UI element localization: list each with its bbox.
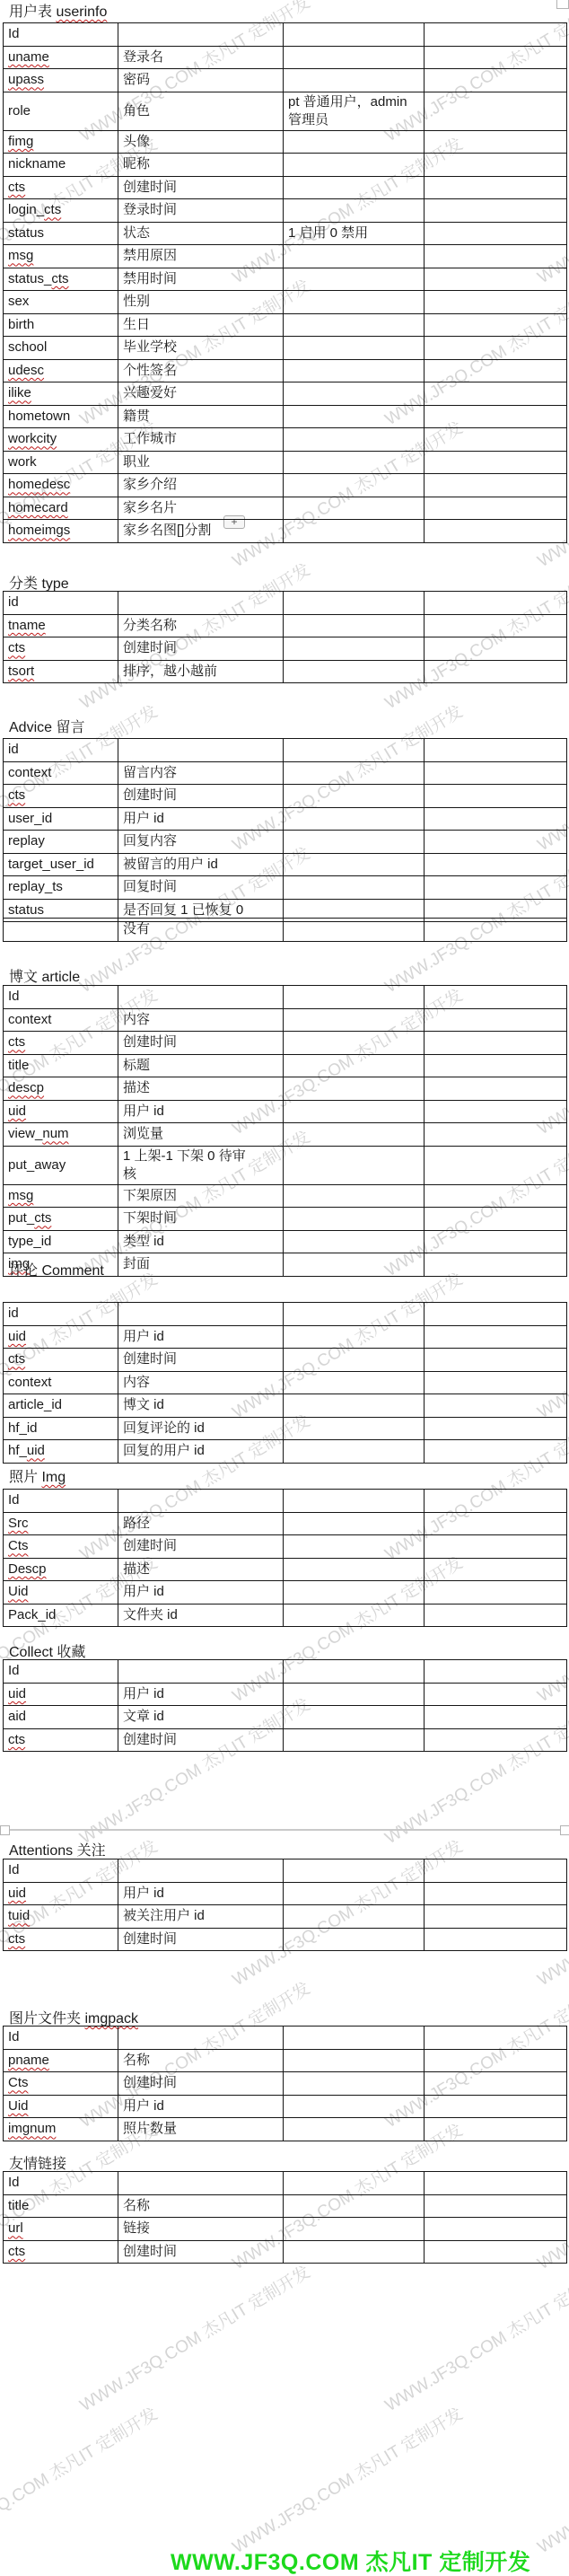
field-extra-cell[interactable] <box>425 199 567 223</box>
field-name-cell[interactable]: tuid <box>4 1905 118 1929</box>
table-title-attentions[interactable]: Attentions 关注 <box>9 1842 106 1859</box>
field-desc-cell[interactable]: 状态 <box>118 222 284 245</box>
field-extra-cell[interactable] <box>425 405 567 428</box>
field-extra-cell[interactable] <box>425 1349 567 1372</box>
field-name-cell[interactable]: Id <box>4 1490 118 1513</box>
field-desc-cell[interactable]: 登录时间 <box>118 199 284 223</box>
field-name-cell[interactable]: context <box>4 1008 118 1032</box>
field-extra-cell[interactable] <box>425 2049 567 2072</box>
field-note-cell[interactable] <box>284 451 425 474</box>
field-name-cell[interactable]: replay <box>4 831 118 854</box>
field-name-cell[interactable]: homecard <box>4 497 118 520</box>
field-extra-cell[interactable] <box>425 268 567 291</box>
field-desc-cell[interactable]: 下架时间 <box>118 1208 284 1231</box>
field-desc-cell[interactable]: 兴趣爱好 <box>118 382 284 406</box>
field-note-cell[interactable] <box>284 1706 425 1729</box>
field-note-cell[interactable] <box>284 1371 425 1394</box>
field-extra-cell[interactable] <box>425 1008 567 1032</box>
field-extra-cell[interactable] <box>425 853 567 876</box>
field-note-cell[interactable] <box>284 592 425 615</box>
field-extra-cell[interactable] <box>425 1535 567 1559</box>
field-desc-cell[interactable]: 用户 id <box>118 1581 284 1605</box>
field-note-cell[interactable] <box>284 199 425 223</box>
field-name-cell[interactable]: type_id <box>4 1230 118 1253</box>
field-extra-cell[interactable] <box>425 23 567 47</box>
field-extra-cell[interactable] <box>425 1604 567 1627</box>
table-title-comment[interactable]: 评论 Comment <box>9 1262 104 1279</box>
field-extra-cell[interactable] <box>425 919 567 942</box>
field-extra-cell[interactable] <box>425 1417 567 1440</box>
field-desc-cell[interactable]: 被关注用户 id <box>118 1905 284 1929</box>
field-name-cell[interactable]: hf_uid <box>4 1440 118 1464</box>
field-note-cell[interactable] <box>284 405 425 428</box>
field-note-cell[interactable] <box>284 1859 425 1883</box>
field-note-cell[interactable] <box>284 1535 425 1559</box>
field-name-cell[interactable]: user_id <box>4 807 118 831</box>
field-desc-cell[interactable]: 下架原因 <box>118 1184 284 1208</box>
field-desc-cell[interactable]: 回复评论的 id <box>118 1417 284 1440</box>
field-extra-cell[interactable] <box>425 831 567 854</box>
field-desc-cell[interactable]: 创建时间 <box>118 2072 284 2096</box>
field-desc-cell[interactable]: 角色 <box>118 92 284 130</box>
field-desc-cell[interactable] <box>118 1490 284 1513</box>
field-note-cell[interactable] <box>284 807 425 831</box>
field-extra-cell[interactable] <box>425 1905 567 1929</box>
field-note-cell[interactable] <box>284 919 425 942</box>
field-desc-cell[interactable]: 登录名 <box>118 46 284 69</box>
field-note-cell[interactable] <box>284 474 425 497</box>
field-extra-cell[interactable] <box>425 1208 567 1231</box>
field-note-cell[interactable] <box>284 1660 425 1684</box>
field-desc-cell[interactable]: 用户 id <box>118 1882 284 1905</box>
field-extra-cell[interactable] <box>425 1859 567 1883</box>
field-extra-cell[interactable] <box>425 2172 567 2195</box>
field-desc-cell[interactable]: 封面 <box>118 1253 284 1277</box>
field-extra-cell[interactable] <box>425 614 567 637</box>
field-name-cell[interactable]: status_cts <box>4 268 118 291</box>
field-note-cell[interactable] <box>284 382 425 406</box>
field-note-cell[interactable] <box>284 1882 425 1905</box>
field-name-cell[interactable]: Id <box>4 1859 118 1883</box>
field-note-cell[interactable] <box>284 313 425 337</box>
field-name-cell[interactable]: Id <box>4 2027 118 2050</box>
field-desc-cell[interactable]: 家乡名图[]分割 <box>118 520 284 543</box>
table-title-article[interactable]: 博文 article <box>9 969 80 986</box>
field-extra-cell[interactable] <box>425 92 567 130</box>
field-name-cell[interactable]: id <box>4 592 118 615</box>
field-desc-cell[interactable]: 性别 <box>118 291 284 314</box>
field-name-cell[interactable]: put_cts <box>4 1208 118 1231</box>
field-name-cell[interactable]: url <box>4 2218 118 2241</box>
field-name-cell[interactable]: cts <box>4 2240 118 2264</box>
field-extra-cell[interactable] <box>425 1371 567 1394</box>
field-desc-cell[interactable]: 名称 <box>118 2049 284 2072</box>
field-name-cell[interactable]: tname <box>4 614 118 637</box>
field-name-cell[interactable]: Uid <box>4 2095 118 2118</box>
table-title-advice[interactable]: Advice 留言 <box>9 719 84 736</box>
field-desc-cell[interactable]: 家乡名片 <box>118 497 284 520</box>
field-extra-cell[interactable] <box>425 986 567 1009</box>
field-extra-cell[interactable] <box>425 1184 567 1208</box>
field-extra-cell[interactable] <box>425 1100 567 1123</box>
field-extra-cell[interactable] <box>425 1706 567 1729</box>
field-desc-cell[interactable] <box>118 592 284 615</box>
field-desc-cell[interactable]: 用户 id <box>118 1100 284 1123</box>
field-note-cell[interactable] <box>284 2194 425 2218</box>
field-desc-cell[interactable]: 链接 <box>118 2218 284 2241</box>
field-extra-cell[interactable] <box>425 2118 567 2141</box>
field-desc-cell[interactable]: 籍贯 <box>118 405 284 428</box>
field-desc-cell[interactable]: 创建时间 <box>118 1728 284 1752</box>
field-desc-cell[interactable]: 被留言的用户 id <box>118 853 284 876</box>
field-extra-cell[interactable] <box>425 130 567 154</box>
field-note-cell[interactable] <box>284 1490 425 1513</box>
field-name-cell[interactable]: replay_ts <box>4 876 118 900</box>
field-extra-cell[interactable] <box>425 497 567 520</box>
field-desc-cell[interactable] <box>118 1859 284 1883</box>
field-name-cell[interactable]: tsort <box>4 660 118 683</box>
field-note-cell[interactable] <box>284 739 425 762</box>
field-desc-cell[interactable]: 家乡介绍 <box>118 474 284 497</box>
field-name-cell[interactable]: target_user_id <box>4 853 118 876</box>
field-desc-cell[interactable]: 1 上架-1 下架 0 待审 核 <box>118 1146 284 1184</box>
field-note-cell[interactable] <box>284 2172 425 2195</box>
field-desc-cell[interactable]: 文章 id <box>118 1706 284 1729</box>
field-note-cell[interactable] <box>284 1349 425 1372</box>
field-desc-cell[interactable] <box>118 739 284 762</box>
field-desc-cell[interactable] <box>118 986 284 1009</box>
field-desc-cell[interactable]: 创建时间 <box>118 637 284 661</box>
field-desc-cell[interactable] <box>118 1303 284 1326</box>
field-desc-cell[interactable]: 博文 id <box>118 1394 284 1418</box>
field-extra-cell[interactable] <box>425 1303 567 1326</box>
field-desc-cell[interactable]: 没有 <box>118 919 284 942</box>
field-desc-cell[interactable]: 毕业学校 <box>118 337 284 360</box>
field-desc-cell[interactable]: 标题 <box>118 1054 284 1077</box>
field-extra-cell[interactable] <box>425 1230 567 1253</box>
field-extra-cell[interactable] <box>425 1146 567 1184</box>
field-desc-cell[interactable]: 生日 <box>118 313 284 337</box>
field-extra-cell[interactable] <box>425 69 567 92</box>
field-extra-cell[interactable] <box>425 428 567 452</box>
field-note-cell[interactable] <box>284 1440 425 1464</box>
field-extra-cell[interactable] <box>425 245 567 268</box>
field-note-cell[interactable] <box>284 2027 425 2050</box>
field-extra-cell[interactable] <box>425 154 567 177</box>
field-note-cell[interactable] <box>284 337 425 360</box>
field-name-cell[interactable]: cts <box>4 1032 118 1055</box>
field-note-cell[interactable] <box>284 154 425 177</box>
field-extra-cell[interactable] <box>425 2027 567 2050</box>
field-note-cell[interactable] <box>284 853 425 876</box>
field-note-cell[interactable] <box>284 1394 425 1418</box>
field-note-cell[interactable] <box>284 1417 425 1440</box>
field-name-cell[interactable] <box>4 919 118 942</box>
field-name-cell[interactable]: title <box>4 2194 118 2218</box>
table-title-userinfo[interactable]: 用户表 userinfo <box>9 4 107 21</box>
field-desc-cell[interactable]: 照片数量 <box>118 2118 284 2141</box>
field-desc-cell[interactable]: 用户 id <box>118 2095 284 2118</box>
field-note-cell[interactable] <box>284 1032 425 1055</box>
field-name-cell[interactable]: imgnum <box>4 2118 118 2141</box>
field-note-cell[interactable] <box>284 876 425 900</box>
field-note-cell[interactable] <box>284 268 425 291</box>
field-extra-cell[interactable] <box>425 359 567 382</box>
field-name-cell[interactable]: id <box>4 739 118 762</box>
field-desc-cell[interactable]: 路径 <box>118 1512 284 1535</box>
field-extra-cell[interactable] <box>425 313 567 337</box>
field-name-cell[interactable]: Id <box>4 1660 118 1684</box>
field-extra-cell[interactable] <box>425 1253 567 1277</box>
field-desc-cell[interactable] <box>118 2172 284 2195</box>
field-note-cell[interactable] <box>284 1008 425 1032</box>
field-name-cell[interactable]: view_num <box>4 1123 118 1147</box>
field-extra-cell[interactable] <box>425 1512 567 1535</box>
field-name-cell[interactable]: role <box>4 92 118 130</box>
field-desc-cell[interactable]: 用户 id <box>118 1325 284 1349</box>
field-extra-cell[interactable] <box>425 474 567 497</box>
field-extra-cell[interactable] <box>425 876 567 900</box>
field-note-cell[interactable] <box>284 1146 425 1184</box>
field-extra-cell[interactable] <box>425 785 567 808</box>
field-desc-cell[interactable]: 描述 <box>118 1077 284 1101</box>
field-desc-cell[interactable]: 头像 <box>118 130 284 154</box>
field-note-cell[interactable] <box>284 2218 425 2241</box>
field-note-cell[interactable] <box>284 291 425 314</box>
field-note-cell[interactable] <box>284 1208 425 1231</box>
field-desc-cell[interactable] <box>118 23 284 47</box>
field-extra-cell[interactable] <box>425 739 567 762</box>
field-note-cell[interactable] <box>284 46 425 69</box>
field-extra-cell[interactable] <box>425 2194 567 2218</box>
field-name-cell[interactable]: work <box>4 451 118 474</box>
field-note-cell[interactable] <box>284 359 425 382</box>
field-desc-cell[interactable]: 内容 <box>118 1371 284 1394</box>
field-note-cell[interactable] <box>284 2072 425 2096</box>
field-note-cell[interactable] <box>284 1683 425 1706</box>
field-extra-cell[interactable] <box>425 1123 567 1147</box>
field-desc-cell[interactable]: 禁用原因 <box>118 245 284 268</box>
field-desc-cell[interactable]: 密码 <box>118 69 284 92</box>
field-note-cell[interactable] <box>284 1905 425 1929</box>
field-note-cell[interactable] <box>284 1728 425 1752</box>
field-extra-cell[interactable] <box>425 1077 567 1101</box>
field-name-cell[interactable]: Descp <box>4 1558 118 1581</box>
field-extra-cell[interactable] <box>425 1325 567 1349</box>
field-note-cell[interactable] <box>284 520 425 543</box>
field-name-cell[interactable]: uid <box>4 1882 118 1905</box>
field-extra-cell[interactable] <box>425 2072 567 2096</box>
field-extra-cell[interactable] <box>425 592 567 615</box>
field-note-cell[interactable] <box>284 831 425 854</box>
field-note-cell[interactable] <box>284 1325 425 1349</box>
field-note-cell[interactable] <box>284 1230 425 1253</box>
field-extra-cell[interactable] <box>425 2218 567 2241</box>
field-note-cell[interactable] <box>284 2095 425 2118</box>
field-note-cell[interactable] <box>284 1928 425 1951</box>
field-extra-cell[interactable] <box>425 1054 567 1077</box>
field-note-cell[interactable] <box>284 785 425 808</box>
field-note-cell[interactable] <box>284 1054 425 1077</box>
field-name-cell[interactable]: udesc <box>4 359 118 382</box>
field-desc-cell[interactable]: 禁用时间 <box>118 268 284 291</box>
field-extra-cell[interactable] <box>425 1683 567 1706</box>
field-desc-cell[interactable]: 描述 <box>118 1558 284 1581</box>
field-note-cell[interactable] <box>284 2049 425 2072</box>
field-name-cell[interactable]: birth <box>4 313 118 337</box>
field-name-cell[interactable]: Cts <box>4 2072 118 2096</box>
field-note-cell[interactable]: 1 启用 0 禁用 <box>284 222 425 245</box>
field-desc-cell[interactable]: 个性签名 <box>118 359 284 382</box>
field-name-cell[interactable]: Uid <box>4 1581 118 1605</box>
field-extra-cell[interactable] <box>425 1558 567 1581</box>
field-name-cell[interactable]: school <box>4 337 118 360</box>
field-note-cell[interactable] <box>284 2118 425 2141</box>
field-desc-cell[interactable] <box>118 1660 284 1684</box>
field-name-cell[interactable]: aid <box>4 1706 118 1729</box>
field-note-cell[interactable] <box>284 986 425 1009</box>
field-desc-cell[interactable]: 回复的用户 id <box>118 1440 284 1464</box>
field-desc-cell[interactable]: 创建时间 <box>118 176 284 199</box>
field-name-cell[interactable]: Cts <box>4 1535 118 1559</box>
field-note-cell[interactable] <box>284 1184 425 1208</box>
field-name-cell[interactable]: cts <box>4 785 118 808</box>
field-note-cell[interactable]: pt 普通用户，admin 管理员 <box>284 92 425 130</box>
field-note-cell[interactable] <box>284 1253 425 1277</box>
field-name-cell[interactable]: Pack_id <box>4 1604 118 1627</box>
field-name-cell[interactable]: fimg <box>4 130 118 154</box>
field-name-cell[interactable]: put_away <box>4 1146 118 1184</box>
field-desc-cell[interactable]: 文件夹 id <box>118 1604 284 1627</box>
field-extra-cell[interactable] <box>425 1440 567 1464</box>
field-name-cell[interactable]: Id <box>4 986 118 1009</box>
field-name-cell[interactable]: id <box>4 1303 118 1326</box>
field-note-cell[interactable] <box>284 1303 425 1326</box>
field-note-cell[interactable] <box>284 2240 425 2264</box>
field-extra-cell[interactable] <box>425 761 567 785</box>
field-desc-cell[interactable]: 浏览量 <box>118 1123 284 1147</box>
field-extra-cell[interactable] <box>425 1928 567 1951</box>
field-extra-cell[interactable] <box>425 176 567 199</box>
field-note-cell[interactable] <box>284 176 425 199</box>
field-extra-cell[interactable] <box>425 1394 567 1418</box>
field-extra-cell[interactable] <box>425 660 567 683</box>
field-extra-cell[interactable] <box>425 1882 567 1905</box>
field-note-cell[interactable] <box>284 130 425 154</box>
field-desc-cell[interactable]: 用户 id <box>118 1683 284 1706</box>
field-name-cell[interactable]: Id <box>4 2172 118 2195</box>
field-name-cell[interactable]: hf_id <box>4 1417 118 1440</box>
field-name-cell[interactable]: context <box>4 1371 118 1394</box>
field-name-cell[interactable]: nickname <box>4 154 118 177</box>
field-name-cell[interactable]: msg <box>4 1184 118 1208</box>
field-extra-cell[interactable] <box>425 337 567 360</box>
field-name-cell[interactable]: sex <box>4 291 118 314</box>
field-note-cell[interactable] <box>284 1558 425 1581</box>
field-desc-cell[interactable]: 回复时间 <box>118 876 284 900</box>
field-name-cell[interactable]: homedesc <box>4 474 118 497</box>
field-name-cell[interactable]: hometown <box>4 405 118 428</box>
field-extra-cell[interactable] <box>425 1490 567 1513</box>
field-name-cell[interactable]: descp <box>4 1077 118 1101</box>
field-name-cell[interactable]: uid <box>4 1325 118 1349</box>
field-note-cell[interactable] <box>284 1604 425 1627</box>
field-desc-cell[interactable]: 名称 <box>118 2194 284 2218</box>
table-title-img[interactable]: 照片 Img <box>9 1469 66 1486</box>
field-note-cell[interactable] <box>284 1100 425 1123</box>
field-desc-cell[interactable]: 类型 id <box>118 1230 284 1253</box>
field-name-cell[interactable]: title <box>4 1054 118 1077</box>
field-note-cell[interactable] <box>284 1581 425 1605</box>
field-desc-cell[interactable]: 创建时间 <box>118 1535 284 1559</box>
field-extra-cell[interactable] <box>425 291 567 314</box>
field-desc-cell[interactable]: 昵称 <box>118 154 284 177</box>
field-note-cell[interactable] <box>284 69 425 92</box>
field-extra-cell[interactable] <box>425 451 567 474</box>
field-name-cell[interactable]: login_cts <box>4 199 118 223</box>
field-name-cell[interactable]: upass <box>4 69 118 92</box>
field-extra-cell[interactable] <box>425 222 567 245</box>
field-desc-cell[interactable] <box>118 2027 284 2050</box>
field-desc-cell[interactable]: 留言内容 <box>118 761 284 785</box>
field-name-cell[interactable]: uname <box>4 46 118 69</box>
field-name-cell[interactable]: ilike <box>4 382 118 406</box>
field-desc-cell[interactable]: 创建时间 <box>118 785 284 808</box>
field-name-cell[interactable]: article_id <box>4 1394 118 1418</box>
field-desc-cell[interactable]: 分类名称 <box>118 614 284 637</box>
field-extra-cell[interactable] <box>425 807 567 831</box>
field-extra-cell[interactable] <box>425 382 567 406</box>
field-desc-cell[interactable]: 内容 <box>118 1008 284 1032</box>
field-extra-cell[interactable] <box>425 1728 567 1752</box>
field-extra-cell[interactable] <box>425 46 567 69</box>
field-note-cell[interactable] <box>284 660 425 683</box>
field-name-cell[interactable]: cts <box>4 176 118 199</box>
field-desc-cell[interactable]: 排序，越小越前 <box>118 660 284 683</box>
field-desc-cell[interactable]: 回复内容 <box>118 831 284 854</box>
field-desc-cell[interactable]: 创建时间 <box>118 2240 284 2264</box>
field-name-cell[interactable]: Src <box>4 1512 118 1535</box>
field-note-cell[interactable] <box>284 637 425 661</box>
field-note-cell[interactable] <box>284 1123 425 1147</box>
field-note-cell[interactable] <box>284 497 425 520</box>
field-note-cell[interactable] <box>284 1512 425 1535</box>
field-desc-cell[interactable]: 创建时间 <box>118 1032 284 1055</box>
field-note-cell[interactable] <box>284 23 425 47</box>
field-extra-cell[interactable] <box>425 1660 567 1684</box>
field-name-cell[interactable]: workcity <box>4 428 118 452</box>
field-note-cell[interactable] <box>284 245 425 268</box>
field-name-cell[interactable]: status <box>4 222 118 245</box>
field-extra-cell[interactable] <box>425 520 567 543</box>
field-extra-cell[interactable] <box>425 1032 567 1055</box>
field-note-cell[interactable] <box>284 614 425 637</box>
field-name-cell[interactable]: uid <box>4 1683 118 1706</box>
field-note-cell[interactable] <box>284 428 425 452</box>
field-desc-cell[interactable]: 职业 <box>118 451 284 474</box>
field-extra-cell[interactable] <box>425 637 567 661</box>
field-name-cell[interactable]: homeimgs <box>4 520 118 543</box>
field-name-cell[interactable]: cts <box>4 1349 118 1372</box>
field-desc-cell[interactable]: 工作城市 <box>118 428 284 452</box>
field-note-cell[interactable] <box>284 1077 425 1101</box>
field-name-cell[interactable]: cts <box>4 637 118 661</box>
field-name-cell[interactable]: cts <box>4 1728 118 1752</box>
field-name-cell[interactable]: context <box>4 761 118 785</box>
field-desc-cell[interactable]: 创建时间 <box>118 1928 284 1951</box>
field-name-cell[interactable]: msg <box>4 245 118 268</box>
field-extra-cell[interactable] <box>425 2240 567 2264</box>
